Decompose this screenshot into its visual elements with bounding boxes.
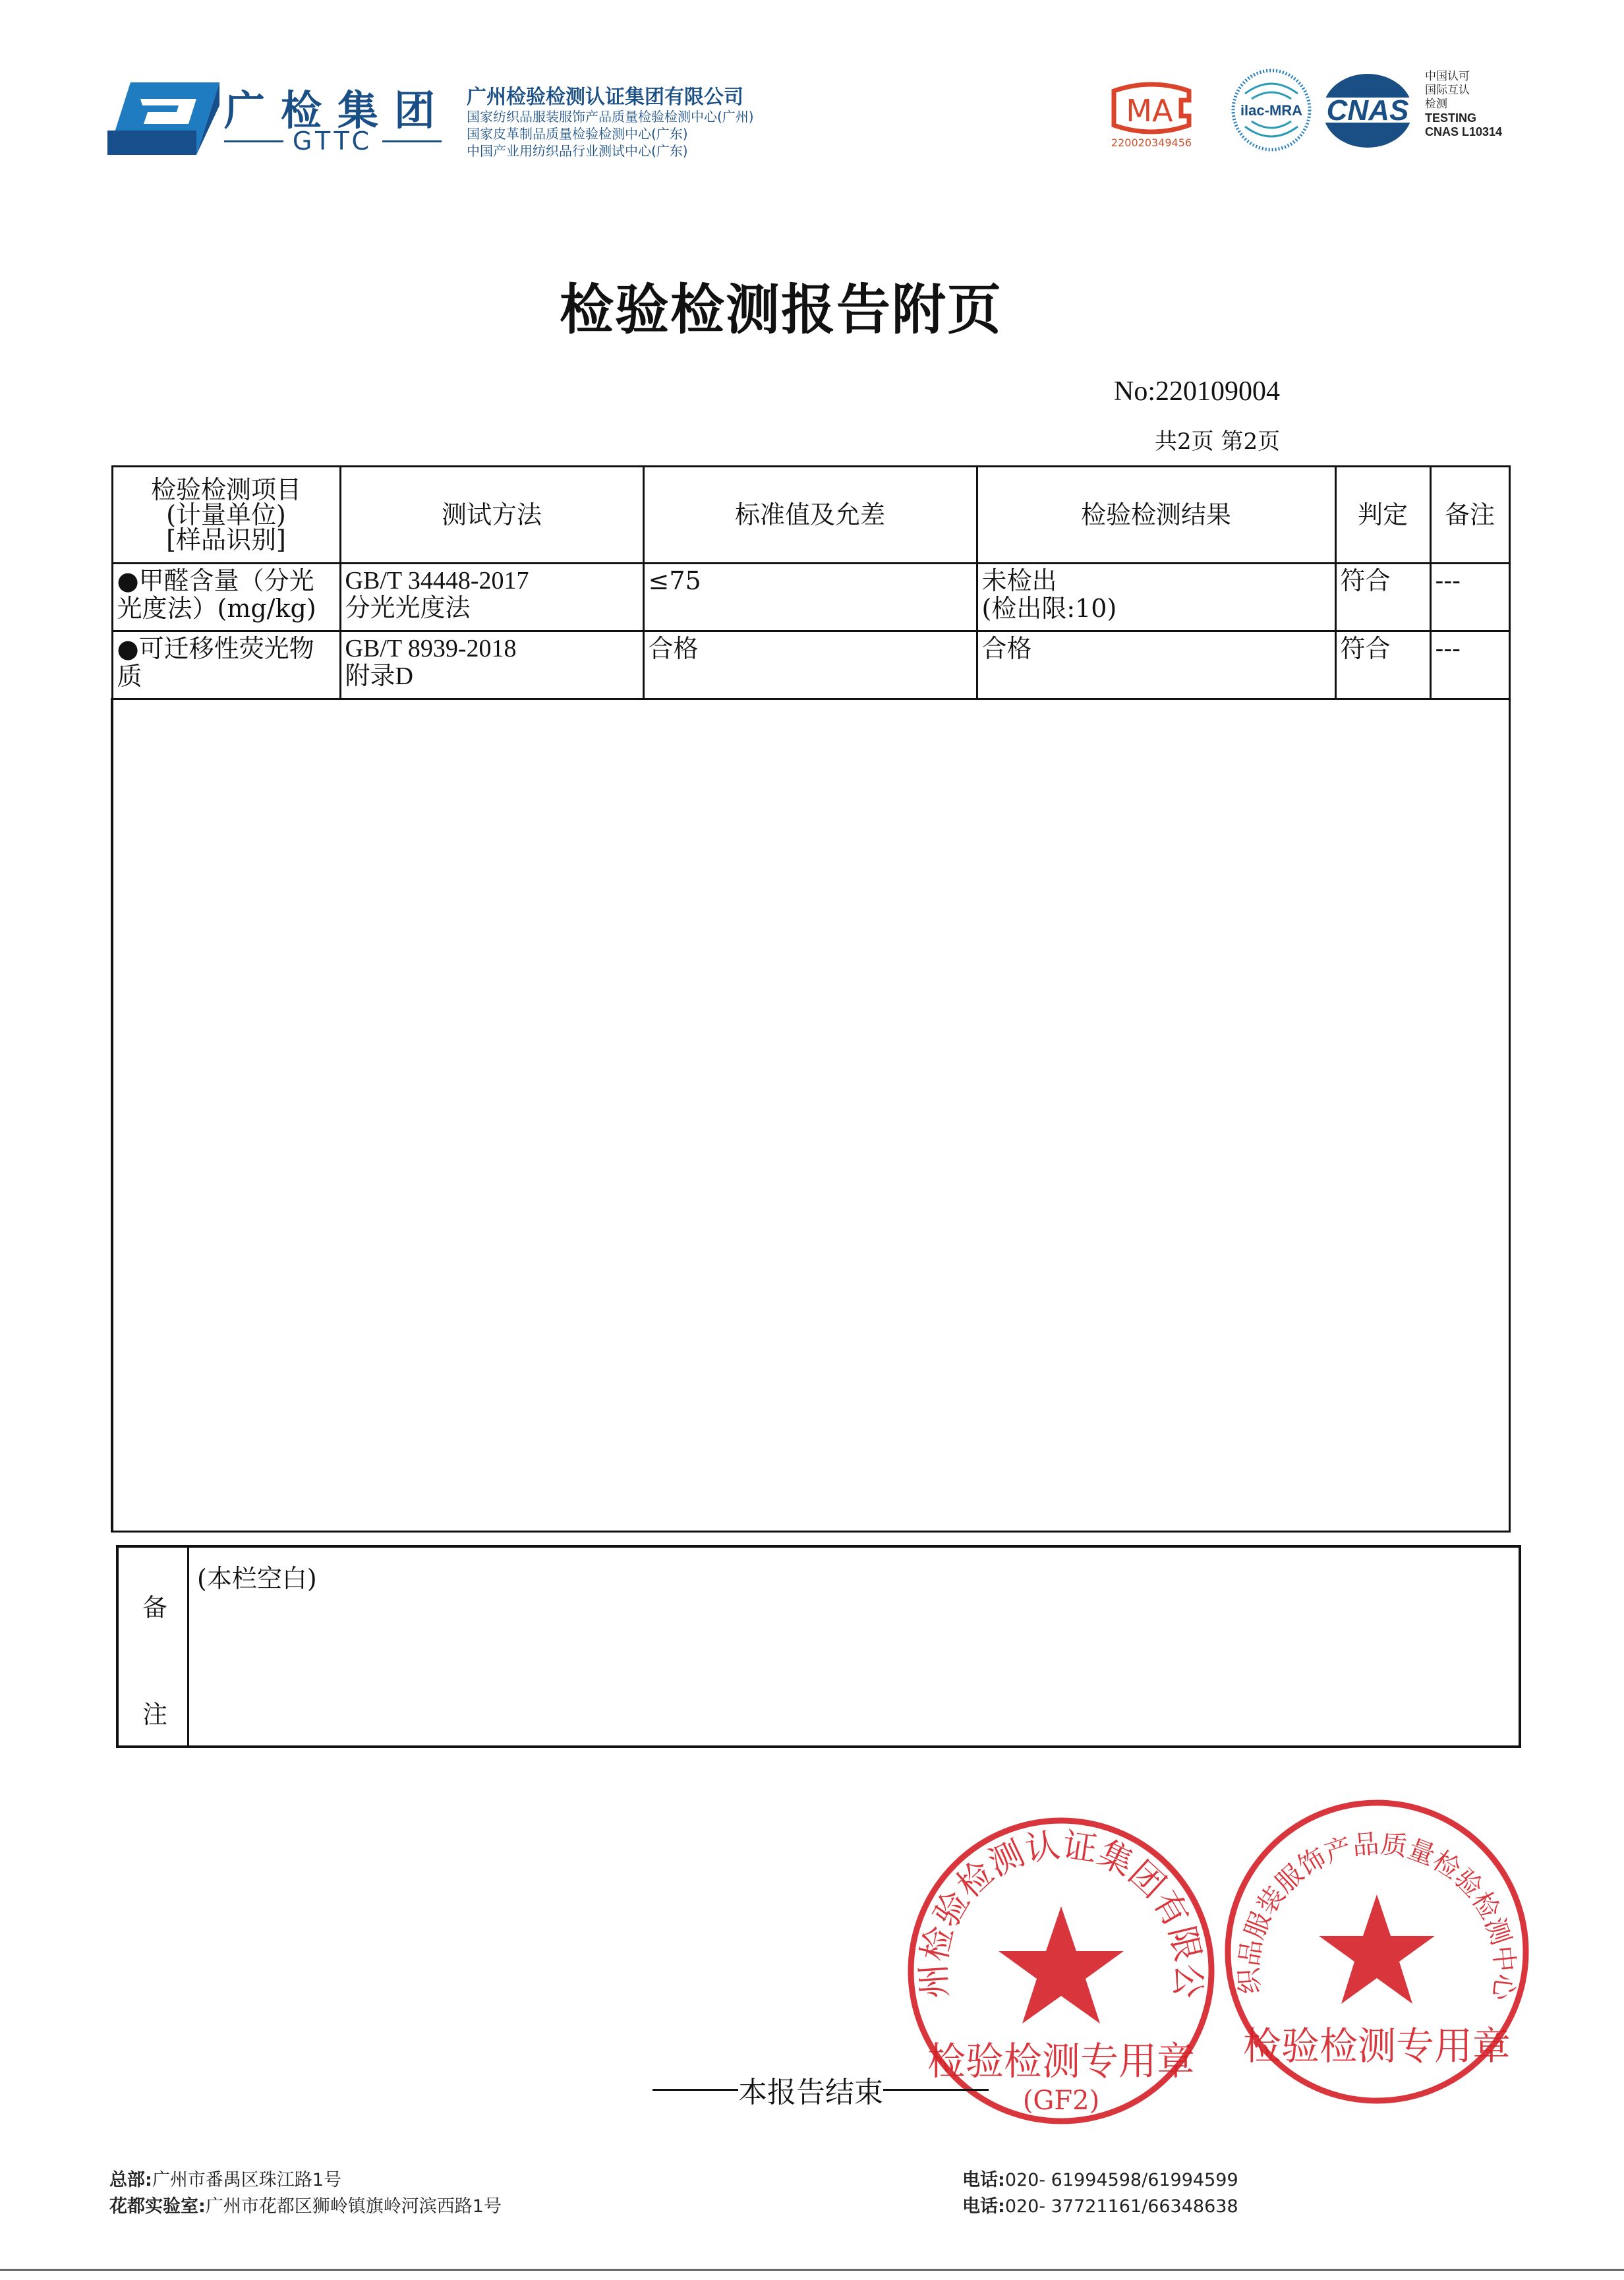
- header-item-line: 检验检测项目: [117, 477, 335, 502]
- brand-name-en: GTTC: [224, 127, 442, 156]
- header-remark: 备注: [1430, 467, 1509, 564]
- result-note: (检出限:10): [982, 595, 1331, 622]
- brand-rule-left: [224, 140, 283, 142]
- cell-remark: ---: [1430, 631, 1509, 699]
- table-header-row: 检验检测项目 (计量单位) [样品识别] 测试方法 标准值及允差 检验检测结果 …: [112, 467, 1509, 564]
- center-seal-stamp: 国家纺织品服装服饰产品质量检验检测中心(广州) 检验检测专用章: [1221, 1796, 1533, 2108]
- cell-result: 合格: [977, 631, 1335, 699]
- cell-item: ●甲醛含量（分光光度法）(mg/kg): [112, 564, 340, 631]
- page-indicator: 共2页 第2页: [1155, 423, 1280, 455]
- end-rule-right: [883, 2089, 989, 2091]
- cnas-code: CNAS L10314: [1425, 125, 1502, 139]
- ilac-label: ilac-MRA: [1240, 102, 1302, 119]
- end-rule-left: [652, 2089, 738, 2091]
- result-value: 合格: [982, 635, 1331, 662]
- table-blank-row: [112, 699, 1509, 1532]
- cell-result: 未检出 (检出限:10): [977, 564, 1335, 631]
- footer-divider: [0, 2269, 1624, 2271]
- center-item: 国家纺织品服装服饰产品质量检验检测中心(广州): [467, 108, 754, 125]
- hq-label: 总部:: [109, 2170, 152, 2190]
- star-icon: [1319, 1894, 1435, 2004]
- remarks-label-top: 备: [142, 1587, 167, 1623]
- cnas-line: 检测: [1425, 98, 1502, 111]
- cnas-line: 中国认可: [1425, 70, 1502, 84]
- footer-phones: 电话:020- 61994598/61994599 电话:020- 377211…: [962, 2167, 1238, 2220]
- cnas-logo-icon: CNAS: [1318, 71, 1417, 150]
- table-row: ●可迁移性荧光物质 GB/T 8939-2018 附录D 合格 合格 符合 --…: [112, 631, 1509, 699]
- method-name: 附录D: [345, 662, 639, 690]
- cell-judgement: 符合: [1335, 564, 1430, 631]
- lab-address: 广州市花都区狮岭镇旗岭河滨西路1号: [206, 2196, 502, 2217]
- hq-address-line: 总部:广州市番禺区珠江路1号: [109, 2167, 502, 2194]
- header-item-line: (计量单位): [117, 502, 335, 527]
- cnas-testing: TESTING: [1425, 111, 1502, 125]
- blank-area: [112, 699, 1509, 1532]
- header-standard: 标准值及允差: [643, 467, 977, 564]
- cell-item: ●可迁移性荧光物质: [112, 631, 340, 699]
- header-item: 检验检测项目 (计量单位) [样品识别]: [112, 467, 340, 564]
- hq-phone-line: 电话:020- 61994598/61994599: [962, 2167, 1238, 2194]
- company-name: 广州检验检测认证集团有限公司: [467, 80, 743, 109]
- lab-phone: 020- 37721161/66348638: [1005, 2196, 1238, 2217]
- lab-phone-line: 电话:020- 37721161/66348638: [962, 2194, 1238, 2220]
- header-method: 测试方法: [340, 467, 643, 564]
- phone-label: 电话:: [962, 2196, 1005, 2217]
- hq-phone: 020- 61994598/61994599: [1005, 2170, 1238, 2190]
- seal-code: (GF2): [1023, 2086, 1099, 2116]
- table-row: ●甲醛含量（分光光度法）(mg/kg) GB/T 34448-2017 分光光度…: [112, 564, 1509, 631]
- ilac-mra-logo-icon: ilac-MRA: [1229, 67, 1314, 153]
- cma-label: MA: [1126, 93, 1173, 129]
- brand-en-text: GTTC: [293, 127, 373, 156]
- end-text: 本报告结束: [738, 2068, 883, 2111]
- cell-remark: ---: [1430, 564, 1509, 631]
- star-icon: [999, 1906, 1124, 2024]
- remarks-label-bottom: 注: [142, 1694, 167, 1730]
- method-standard: GB/T 8939-2018: [345, 635, 639, 662]
- cell-standard: 合格: [643, 631, 977, 699]
- remarks-content: (本栏空白): [189, 1548, 1519, 1745]
- header-result: 检验检测结果: [977, 467, 1335, 564]
- method-name: 分光光度法: [345, 595, 639, 622]
- cnas-label: CNAS: [1327, 94, 1409, 127]
- cnas-line: 国际互认: [1425, 84, 1502, 98]
- hq-address: 广州市番禺区珠江路1号: [152, 2170, 341, 2190]
- cma-number: 220020349456: [1111, 136, 1192, 149]
- header-item-line: [样品识别]: [117, 527, 335, 552]
- center-list: 国家纺织品服装服饰产品质量检验检测中心(广州) 国家皮革制品质量检验检测中心(广…: [467, 108, 754, 160]
- footer-addresses: 总部:广州市番禺区珠江路1号 花都实验室:广州市花都区狮岭镇旗岭河滨西路1号: [109, 2167, 502, 2220]
- remarks-label: 备 注: [119, 1548, 189, 1745]
- lab-label: 花都实验室:: [109, 2196, 206, 2217]
- center-item: 国家皮革制品质量检验检测中心(广东): [467, 125, 754, 142]
- remarks-box: 备 注 (本栏空白): [116, 1545, 1521, 1748]
- report-end-marker: 本报告结束: [652, 2068, 989, 2111]
- phone-label: 电话:: [962, 2170, 1005, 2190]
- lab-address-line: 花都实验室:广州市花都区狮岭镇旗岭河滨西路1号: [109, 2194, 502, 2220]
- report-number: No:220109004: [1114, 376, 1280, 407]
- center-item: 中国产业用纺织品行业测试中心(广东): [467, 142, 754, 160]
- method-standard: GB/T 34448-2017: [345, 567, 639, 595]
- cell-standard: ≤75: [643, 564, 977, 631]
- header-judgement: 判定: [1335, 467, 1430, 564]
- cnas-accreditation-text: 中国认可 国际互认 检测 TESTING CNAS L10314: [1425, 70, 1502, 139]
- results-table: 检验检测项目 (计量单位) [样品识别] 测试方法 标准值及允差 检验检测结果 …: [111, 465, 1511, 1533]
- cell-method: GB/T 8939-2018 附录D: [340, 631, 643, 699]
- cell-judgement: 符合: [1335, 631, 1430, 699]
- gttc-logo-icon: [104, 79, 223, 158]
- cma-logo-icon: MA 220020349456: [1102, 78, 1201, 150]
- result-value: 未检出: [982, 567, 1331, 595]
- page-title: 检验检测报告附页: [0, 267, 1562, 344]
- seal-center-text: 检验检测专用章: [1243, 2024, 1511, 2068]
- brand-rule-right: [382, 140, 442, 142]
- cell-method: GB/T 34448-2017 分光光度法: [340, 564, 643, 631]
